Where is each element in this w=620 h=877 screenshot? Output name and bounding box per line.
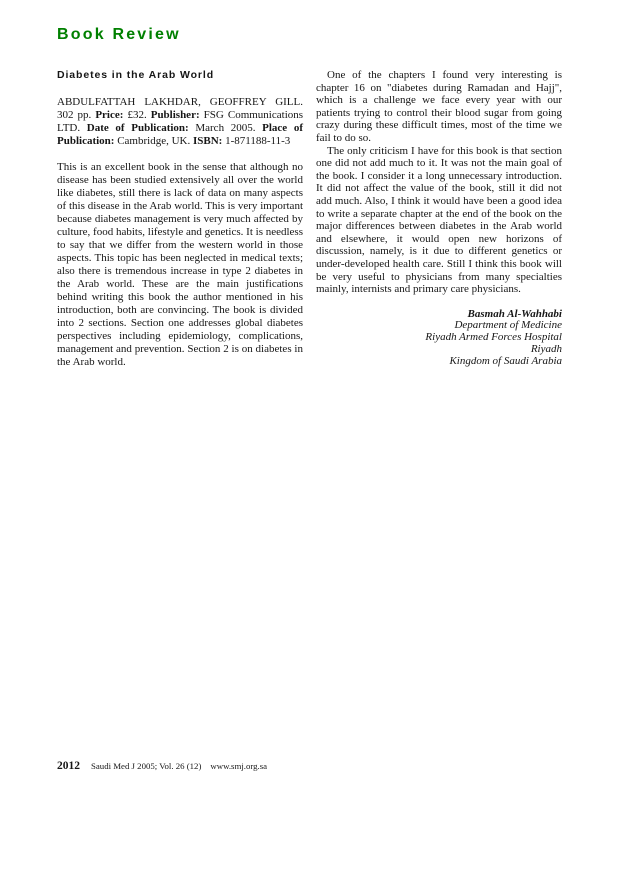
review-paragraph-right-1: One of the chapters I found very interes… xyxy=(316,69,562,145)
isbn-label: ISBN: xyxy=(193,135,222,147)
page-footer: 2012 Saudi Med J 2005; Vol. 26 (12) www.… xyxy=(57,760,267,772)
signature-block: Basmah Al-Wahhabi Department of Medicine… xyxy=(316,309,562,368)
publisher-label: Publisher: xyxy=(151,109,200,121)
publication-date-label: Date of Publication: xyxy=(87,122,189,134)
isbn-value: 1-871188-11-3 xyxy=(225,135,290,147)
left-column: Diabetes in the Arab World ABDULFATTAH L… xyxy=(57,69,303,369)
publication-date-value: March 2005. xyxy=(195,122,255,134)
journal-website: www.smj.org.sa xyxy=(210,761,267,771)
section-title: Book Review xyxy=(57,26,181,44)
journal-citation: Saudi Med J 2005; Vol. 26 (12) xyxy=(91,761,201,771)
signature-line: Riyadh Armed Forces Hospital xyxy=(316,332,562,344)
review-paragraph-left: This is an excellent book in the sense t… xyxy=(57,161,303,369)
price-value: £32. xyxy=(127,109,146,121)
two-column-layout: Diabetes in the Arab World ABDULFATTAH L… xyxy=(57,69,562,369)
review-paragraph-right-2: The only criticism I have for this book … xyxy=(316,145,562,296)
page-number: 2012 xyxy=(57,760,80,772)
price-label: Price: xyxy=(95,109,123,121)
publication-place-value: Cambridge, UK. xyxy=(117,135,190,147)
journal-page: Book Review Diabetes in the Arab World A… xyxy=(0,0,620,877)
signature-line: Kingdom of Saudi Arabia xyxy=(316,356,562,368)
book-title: Diabetes in the Arab World xyxy=(57,69,303,81)
right-column: One of the chapters I found very interes… xyxy=(316,69,562,369)
book-details: ABDULFATTAH LAKHDAR, GEOFFREY GILL. 302 … xyxy=(57,96,303,148)
signature-line: Riyadh xyxy=(316,344,562,356)
